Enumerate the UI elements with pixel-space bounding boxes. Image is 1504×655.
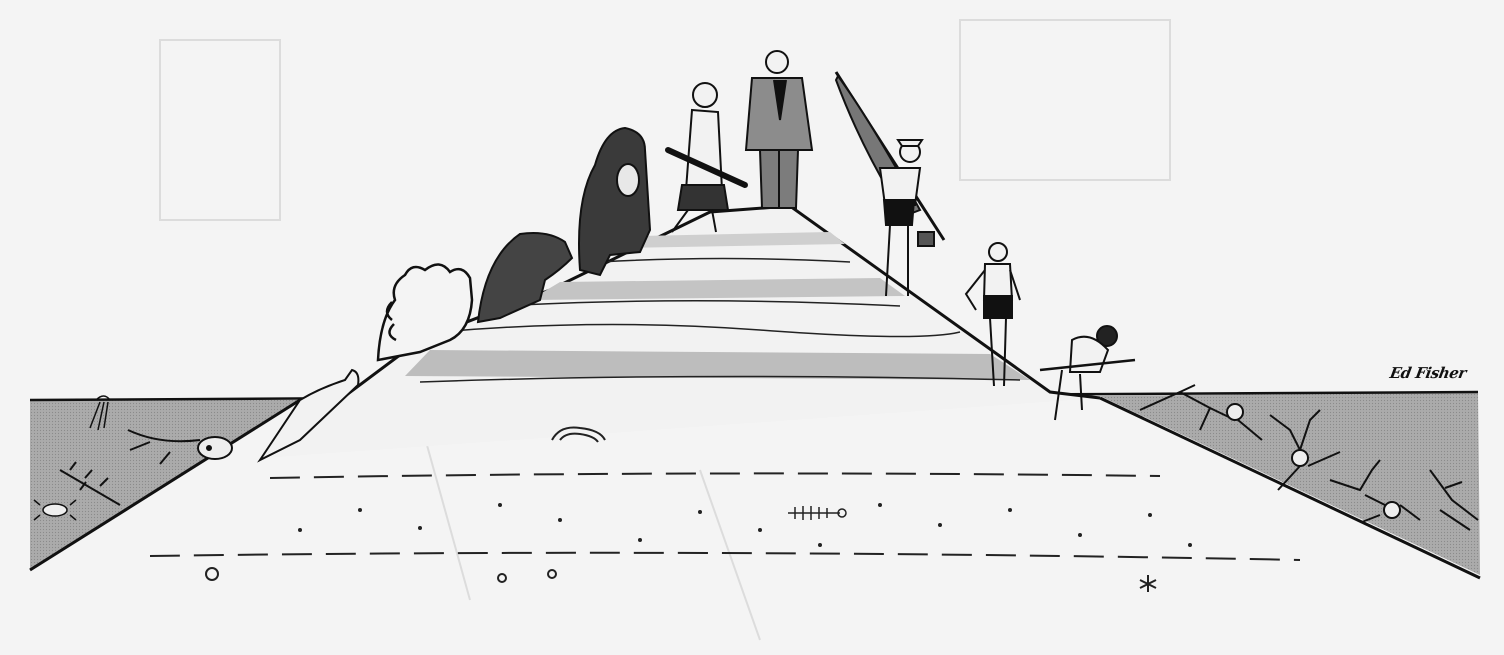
cartoon-scene [0,0,1504,655]
hill-band-1 [405,350,1030,380]
artist-signature: Ed Fisher [1388,364,1467,382]
